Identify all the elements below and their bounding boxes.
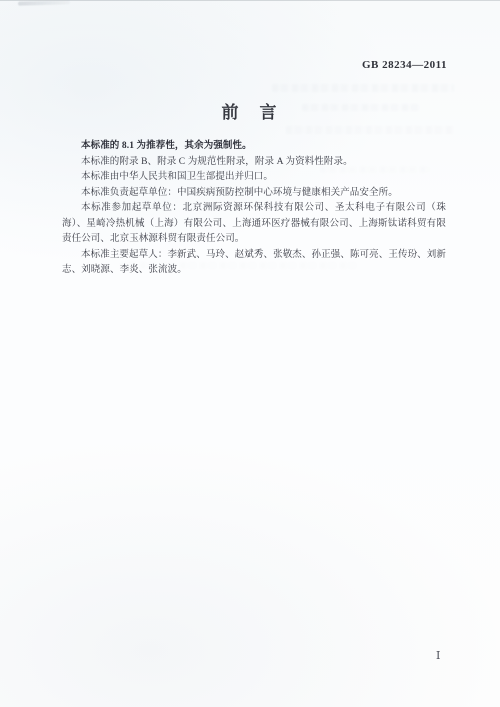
paragraph-main-drafters: 本标准主要起草人：李新武、马玲、赵斌秀、张敬杰、孙正强、陈可亮、王传玢、刘新志、… [62,248,446,279]
paragraph-participants: 本标准参加起草单位：北京洲际资源环保科技有限公司、圣太科电子有限公司（珠海）、星… [62,201,446,248]
scan-edge-artifact [0,0,500,1]
scanned-document-page: GB 28234—2011 前 言 本标准的 8.1 为推荐性，其余为强制性。 … [0,0,500,707]
paragraph-scope: 本标准的 8.1 为推荐性，其余为强制性。 [62,139,446,155]
bleed-through-artifact [286,126,454,134]
scan-corner-artifact [18,0,70,5]
paragraph-proposed-by: 本标准由中华人民共和国卫生部提出并归口。 [62,170,446,186]
bleed-through-artifact [272,84,454,92]
standard-number: GB 28234—2011 [362,59,447,71]
foreword-body: 本标准的 8.1 为推荐性，其余为强制性。 本标准的附录 B、附录 C 为规范性… [62,139,446,279]
bleed-through-artifact [302,104,420,111]
paragraph-chief-drafter: 本标准负责起草单位：中国疾病预防控制中心环境与健康相关产品安全所。 [62,186,446,202]
paragraph-annexes: 本标准的附录 B、附录 C 为规范性附录，附录 A 为资料性附录。 [62,155,446,171]
page-number: Ⅰ [436,649,440,662]
foreword-title: 前 言 [0,98,500,123]
